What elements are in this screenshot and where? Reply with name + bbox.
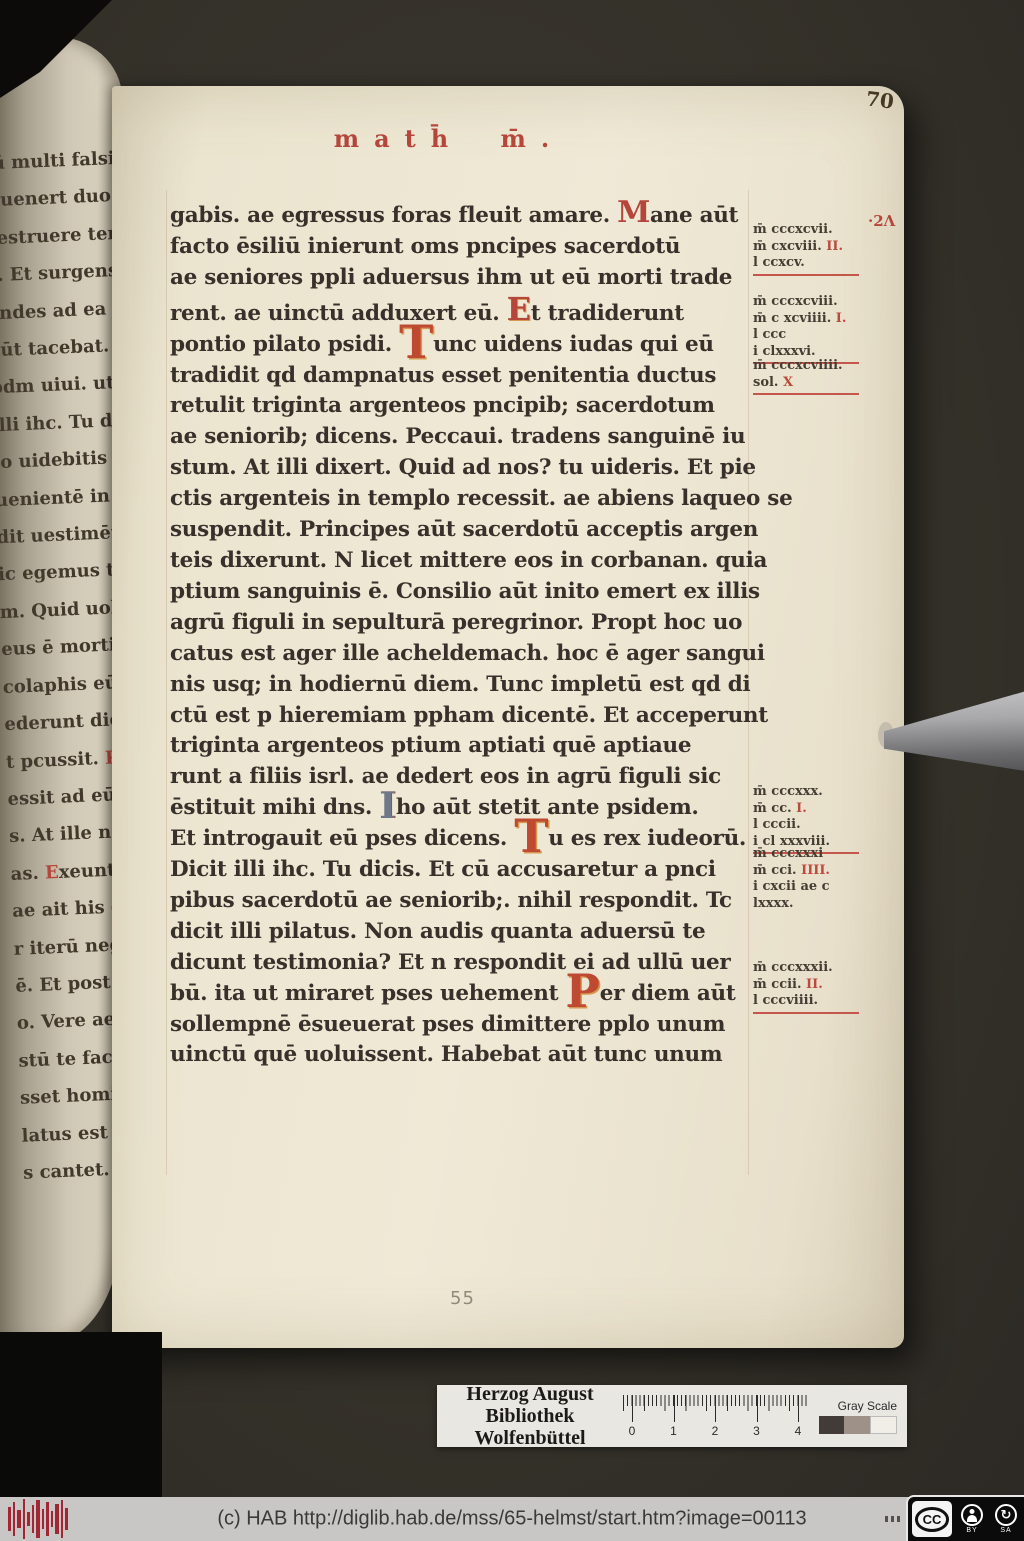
canon-reference-group: m̄ cccxcviii.m̄ c xcviiii. I.l ccci clxx… bbox=[753, 294, 873, 364]
red-rule bbox=[753, 274, 859, 276]
canon-reference-line: m̄ ccii. II. bbox=[753, 977, 873, 994]
text-line: Et introgauit eū pses dicens. Tu es rex … bbox=[170, 824, 774, 855]
decorated-initial: II. bbox=[806, 977, 823, 992]
barcode-bar bbox=[42, 1509, 44, 1529]
decorated-initial: X bbox=[783, 375, 793, 390]
text-line: pibus sacerdotū ae seniorib;. nihil resp… bbox=[170, 886, 774, 917]
ruler-label: 2 bbox=[712, 1424, 719, 1438]
running-title: math̄ m̄. bbox=[324, 124, 574, 153]
barcode-bar bbox=[65, 1508, 68, 1530]
text-block: gabis. ae egressus foras fleuit amare. M… bbox=[170, 198, 774, 1071]
canon-reference-group: m̄ cccxxx.m̄ cc. I.l cccii.i cl xxxviii. bbox=[753, 784, 873, 854]
ruler-label: 0 bbox=[629, 1424, 636, 1438]
fragment-line: ondes ad ea que ist bbox=[0, 289, 122, 333]
ruling-line-left bbox=[166, 190, 167, 1175]
ruler: 01234 bbox=[623, 1392, 809, 1440]
barcode-bar bbox=[27, 1512, 30, 1526]
fragment-line: uenientē in nubib bbox=[0, 476, 122, 520]
gray-scale-patch bbox=[819, 1416, 844, 1434]
barcode-bar bbox=[32, 1505, 34, 1533]
fragment-line: as. Exeunte aūt bbox=[10, 849, 122, 893]
canon-reference-group: m̄ cccxxxii.m̄ ccii. II.l cccviiii. bbox=[753, 960, 873, 1014]
text-line: ae seniores ppli aduersus ihm ut eū mort… bbox=[170, 263, 774, 294]
fragment-line: s cantet. ter m bbox=[22, 1148, 122, 1192]
barcode-bar bbox=[61, 1500, 63, 1538]
canon-reference-line: m̄ cccxxxii. bbox=[753, 960, 873, 977]
canon-reference-line: m̄ cci. IIII. bbox=[753, 863, 873, 880]
fragment-line: o. Et surgens pnc bbox=[0, 251, 122, 295]
decorated-initial: M bbox=[617, 195, 650, 230]
ruler-halfcm-ticks bbox=[623, 1395, 809, 1411]
share-alike-arrow-icon: ↻ bbox=[1001, 1509, 1012, 1522]
gray-scale-patches bbox=[819, 1416, 897, 1434]
fragment-line: m. Quid uob uid bbox=[0, 588, 122, 632]
fragment-line: latus est petrus bbox=[21, 1111, 122, 1155]
library-name-line1: Herzog August Bibliothek bbox=[447, 1383, 613, 1427]
ruler-cm-tick bbox=[798, 1395, 799, 1422]
cc-sa-label: SA bbox=[1000, 1527, 1011, 1534]
barcode-logo-icon bbox=[8, 1497, 68, 1541]
gray-scale-patch bbox=[870, 1416, 897, 1434]
canon-reference-group: m̄ cccxxxim̄ cci. IIII.i cxcii ae clxxxx… bbox=[753, 846, 873, 912]
fragment-line: sset hominē. Et bbox=[19, 1074, 122, 1118]
text-line: dicunt testimonia? Et n respondit ei ad … bbox=[170, 948, 774, 979]
text-line: ctū est p hieremiam ppham dicentē. Et ac… bbox=[170, 701, 774, 732]
ruler-cm-tick bbox=[757, 1395, 758, 1422]
fragment-line: ic egemus testibu bbox=[0, 550, 122, 594]
fragment-line: illi ihc. Tu dixist bbox=[0, 401, 122, 445]
text-line: catus est ager ille acheldemach. hoc ē a… bbox=[170, 639, 774, 670]
fragment-line: ē uenert duo falsi bbox=[0, 177, 122, 221]
barcode-bar bbox=[51, 1511, 53, 1527]
decorated-initial: I. bbox=[836, 311, 847, 326]
fragment-line: r iterū negauit c bbox=[13, 924, 122, 968]
cc-logo-icon: CC bbox=[912, 1501, 952, 1537]
canon-reference-line: m̄ c xcviiii. I. bbox=[753, 311, 873, 328]
decorated-initial: I. bbox=[796, 801, 807, 816]
fragment-line: dit uestimēta sua bbox=[0, 513, 122, 557]
fragment-line: o. Vere ae tu ex ill bbox=[16, 999, 122, 1043]
decorated-initial: IIII. bbox=[801, 863, 830, 878]
canon-reference-group: m̄ cccxcviiii.sol. X bbox=[753, 358, 873, 395]
cc-logo-text: CC bbox=[915, 1507, 950, 1532]
canon-reference-group: m̄ cccxcvii.m̄ cxcviii. II.l ccxcv. bbox=[753, 222, 873, 276]
red-rule bbox=[753, 1012, 859, 1014]
canon-reference-line: m̄ cccxcviiii. bbox=[753, 358, 873, 375]
fragment-line: s. At ille negauit bbox=[8, 812, 122, 856]
fragment-line: t pcussit. Petr bbox=[5, 737, 122, 781]
canon-reference-line: l cccii. bbox=[753, 817, 873, 834]
gray-scale-patch bbox=[844, 1416, 869, 1434]
text-line: triginta argenteos ptium aptiati quē apt… bbox=[170, 731, 774, 762]
text-line: gabis. ae egressus foras fleuit amare. M… bbox=[170, 198, 774, 232]
library-name-line2: Wolfenbüttel bbox=[447, 1427, 613, 1449]
canon-reference-line: lxxxx. bbox=[753, 896, 873, 913]
canon-reference-line: sol. X bbox=[753, 375, 873, 392]
fragment-line: eus ē mortis. T bbox=[0, 625, 122, 669]
barcode-bar bbox=[36, 1500, 40, 1538]
gray-scale: Gray Scale bbox=[819, 1399, 897, 1434]
canon-reference-line: l ccc bbox=[753, 327, 873, 344]
text-line: facto ēsiliū inierunt oms pncipes sacerd… bbox=[170, 232, 774, 263]
ruler-cm-tick bbox=[715, 1395, 716, 1422]
folio-number: 70 bbox=[865, 86, 896, 113]
text-line: pontio pilato psidi. Tunc uidens iudas q… bbox=[170, 330, 774, 361]
cc-sa-icon: ↻ SA bbox=[992, 1504, 1020, 1534]
text-line: nis usq; in hodiernū diem. Tunc impletū … bbox=[170, 670, 774, 701]
share-alike-circle: ↻ bbox=[995, 1504, 1017, 1526]
canon-reference-line: m̄ cxcviii. II. bbox=[753, 239, 873, 256]
photo-stage: cū multi falsi tesē uenert duo falsidest… bbox=[0, 0, 1024, 1541]
barcode-bar bbox=[55, 1504, 59, 1534]
previous-page-text-fragments: cū multi falsi tesē uenert duo falsidest… bbox=[0, 139, 122, 1192]
text-line: ae seniorib; dicens. Peccaui. tradens sa… bbox=[170, 422, 774, 453]
text-line: dicit illi pilatus. Non audis quanta adu… bbox=[170, 917, 774, 948]
canon-reference-line: m̄ cccxcviii. bbox=[753, 294, 873, 311]
canon-reference-line: i cxcii ae c bbox=[753, 879, 873, 896]
red-rule bbox=[753, 393, 859, 395]
cc-by-label: BY bbox=[966, 1527, 977, 1534]
cc-by-icon: BY bbox=[958, 1504, 986, 1534]
fragment-line: lo uidebitis filiū h bbox=[0, 438, 122, 482]
ruler-label: 4 bbox=[795, 1424, 802, 1438]
previous-page-edge: cū multi falsi tesē uenert duo falsidest… bbox=[0, 36, 122, 1342]
text-line: Dicit illi ihc. Tu dicis. Et cū accusare… bbox=[170, 855, 774, 886]
text-line: tradidit qd dampnatus esset penitentia d… bbox=[170, 361, 774, 392]
ruler-label: 1 bbox=[670, 1424, 677, 1438]
text-line: uinctū quē uoluissent. Habebat aūt tunc … bbox=[170, 1040, 774, 1071]
decorated-initial: E bbox=[45, 862, 60, 884]
canon-reference-line: m̄ cccxcvii. bbox=[753, 222, 873, 239]
fragment-line: ederunt dicentes bbox=[4, 700, 122, 744]
fragment-line: ae ait his qui era bbox=[11, 887, 122, 931]
canon-reference-line: m̄ cc. I. bbox=[753, 801, 873, 818]
barcode-bar bbox=[23, 1499, 25, 1539]
page-holder-tool bbox=[884, 688, 1024, 780]
text-line: retulit triginta argenteos pncipib; sace… bbox=[170, 391, 774, 422]
fragment-line: pdm uiui. ut dica bbox=[0, 364, 122, 408]
footer-strip: (c) HAB http://diglib.hab.de/mss/65-helm… bbox=[0, 1497, 1024, 1541]
fragment-line: essit ad eū una a bbox=[7, 775, 122, 819]
ruler-cm-tick bbox=[674, 1395, 675, 1422]
book-cover-bottom bbox=[0, 1332, 162, 1498]
text-line: agrū figuli in sepulturā peregrinor. Pro… bbox=[170, 608, 774, 639]
text-line: ctis argenteis in templo recessit. ae ab… bbox=[170, 484, 774, 515]
fine-print-marks bbox=[885, 1516, 900, 1522]
text-line: ptium sanguinis ē. Consilio aūt inito em… bbox=[170, 577, 774, 608]
fragment-line: aūt tacebat. Et p bbox=[0, 326, 122, 370]
fragment-line: cū multi falsi tes bbox=[0, 139, 122, 183]
decorated-initial: E bbox=[507, 290, 531, 328]
fragment-line: colaphis eū cecid bbox=[2, 663, 122, 707]
cc-license-block: CC BY ↻ SA bbox=[906, 1495, 1024, 1541]
fragment-line: stū te facit. Tunc bbox=[18, 1036, 122, 1080]
barcode-bar bbox=[13, 1502, 15, 1536]
barcode-bar bbox=[17, 1510, 21, 1528]
text-line: teis dixerunt. N licet mittere eos in co… bbox=[170, 546, 774, 577]
fragment-line: destruere templū bbox=[0, 214, 122, 258]
barcode-bar bbox=[8, 1507, 11, 1531]
text-line: sollempnē ēsueuerat pses dimittere pplo … bbox=[170, 1010, 774, 1041]
pencil-page-number: 55 bbox=[450, 1288, 475, 1309]
canon-reference-line: m̄ cccxxx. bbox=[753, 784, 873, 801]
ruler-cm-tick bbox=[632, 1395, 633, 1422]
library-name: Herzog August Bibliothek Wolfenbüttel bbox=[447, 1383, 613, 1449]
canon-reference-line: l ccxcv. bbox=[753, 255, 873, 272]
person-icon bbox=[961, 1504, 983, 1526]
manuscript-page: math̄ m̄. 70 ·2Λ gabis. ae egressus fora… bbox=[112, 86, 904, 1348]
gray-scale-label: Gray Scale bbox=[819, 1399, 897, 1413]
text-line: suspendit. Principes aūt sacerdotū accep… bbox=[170, 515, 774, 546]
text-line: runt a filiis isrl. ae dedert eos in agr… bbox=[170, 762, 774, 793]
ruler-label: 3 bbox=[753, 1424, 760, 1438]
calibration-bar: Herzog August Bibliothek Wolfenbüttel 01… bbox=[437, 1385, 907, 1447]
text-line: stum. At illi dixert. Quid ad nos? tu ui… bbox=[170, 453, 774, 484]
copyright-line: (c) HAB http://diglib.hab.de/mss/65-helm… bbox=[217, 1508, 806, 1531]
text-line: bū. ita ut miraret pses uehement Per die… bbox=[170, 979, 774, 1010]
canon-reference-line: m̄ cccxxxi bbox=[753, 846, 873, 863]
text-line: rent. ae uinctū adduxert eū. Et tradider… bbox=[170, 294, 774, 330]
barcode-bar bbox=[46, 1502, 49, 1536]
fragment-line: ē. Et post pusillū bbox=[15, 962, 122, 1006]
decorated-initial: II. bbox=[826, 239, 843, 254]
text-line: ēstituit mihi dns. Iho aūt stetit ante p… bbox=[170, 793, 774, 824]
canon-reference-line: l cccviiii. bbox=[753, 993, 873, 1010]
